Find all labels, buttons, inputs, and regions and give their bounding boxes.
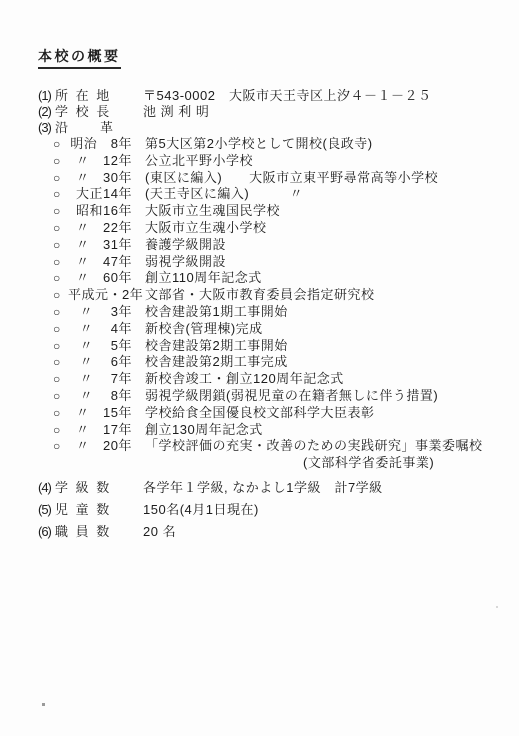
stats-section: (4)学 級 数各学年１学級, なかよし1学級 計7学級 (5)児 童 数150… [38, 477, 509, 543]
class-count-value: 各学年１学級, なかよし1学級 計7学級 [143, 480, 383, 495]
history-year: 〃 3年 [68, 304, 132, 320]
circle-bullet-icon: ○ [53, 439, 68, 455]
history-text: 校舎建設第2期工事開始 [145, 338, 288, 353]
history-year: 〃 20年 [68, 438, 132, 454]
circle-bullet-icon: ○ [53, 322, 68, 338]
history-row: ○昭和16年大阪市立生魂国民学校 [38, 203, 509, 220]
history-text: 学校給食全国優良校文部科学大臣表彰 [145, 405, 375, 420]
history-year: 〃 31年 [68, 237, 132, 253]
history-year: 〃 47年 [68, 254, 132, 270]
history-row: ○〃 22年大阪市立生魂小学校 [38, 220, 509, 237]
history-year: 大正14年 [68, 186, 132, 202]
item-label: 児 童 数 [55, 499, 143, 521]
history-text: (東区に編入) 大阪市立東平野尋常高等小学校 [145, 170, 438, 185]
circle-bullet-icon: ○ [53, 305, 68, 321]
history-row: ○〃 15年学校給食全国優良校文部科学大臣表彰 [38, 405, 509, 422]
history-year: 〃 5年 [68, 338, 132, 354]
document-content: 本校の概要 (1)所 在 地〒543-0002 大阪市天王寺区上汐４－１－２５ … [38, 46, 509, 543]
history-year: 〃 7年 [68, 371, 132, 387]
history-row: ○〃 17年創立130周年記念式 [38, 422, 509, 439]
history-text: 新校舎(管理棟)完成 [145, 321, 263, 336]
item-label: 沿 革 [55, 120, 143, 136]
history-text: 創立130周年記念式 [145, 422, 263, 437]
history-year: 昭和16年 [68, 203, 132, 219]
history-year: 〃 12年 [68, 153, 132, 169]
circle-bullet-icon: ○ [53, 423, 68, 439]
circle-bullet-icon: ○ [53, 187, 68, 203]
history-row: ○〃 31年養護学級開設 [38, 237, 509, 254]
circle-bullet-icon: ○ [53, 171, 68, 187]
circle-bullet-icon: ○ [53, 339, 68, 355]
history-text: 「学校評価の充実・改善のための実践研究」事業委嘱校 [145, 438, 483, 453]
history-year: 〃 60年 [68, 270, 132, 286]
student-count-value: 150名(4月1日現在) [143, 502, 259, 517]
item-number: (1) [38, 88, 55, 104]
circle-bullet-icon: ○ [53, 221, 68, 237]
history-text: 公立北平野小学校 [145, 153, 253, 168]
item-number: (3) [38, 120, 55, 136]
document-page: 本校の概要 (1)所 在 地〒543-0002 大阪市天王寺区上汐４－１－２５ … [0, 0, 519, 736]
history-text: 校舎建設第1期工事開始 [145, 304, 288, 319]
scan-artifact-dot [496, 606, 498, 608]
history-text: 創立110周年記念式 [145, 270, 262, 285]
circle-bullet-icon: ○ [53, 154, 68, 170]
history-row: ○〃 12年公立北平野小学校 [38, 153, 509, 170]
history-text: 弱視学級閉鎖(弱視児童の在籍者無しに伴う措置) [145, 388, 438, 403]
circle-bullet-icon: ○ [53, 288, 68, 304]
history-text: 養護学級開設 [145, 237, 226, 252]
history-row: ○〃 3年校舎建設第1期工事開始 [38, 304, 509, 321]
history-row: ○大正14年(天王寺区に編入) 〃 [38, 186, 509, 203]
history-year: 〃 6年 [68, 354, 132, 370]
circle-bullet-icon: ○ [53, 204, 68, 220]
history-section: ○明治 8年第5大区第2小学校として開校(良政寺) ○〃 12年公立北平野小学校… [38, 136, 509, 455]
circle-bullet-icon: ○ [53, 389, 68, 405]
history-row: ○〃 4年新校舎(管理棟)完成 [38, 321, 509, 338]
info-row-address: (1)所 在 地〒543-0002 大阪市天王寺区上汐４－１－２５ [38, 88, 509, 104]
history-row: ○〃 20年「学校評価の充実・改善のための実践研究」事業委嘱校 [38, 438, 509, 455]
item-number: (4) [38, 477, 55, 499]
history-text: 第5大区第2小学校として開校(良政寺) [145, 136, 373, 151]
history-year: 〃 8年 [68, 388, 132, 404]
history-text: 弱視学級開設 [145, 254, 226, 269]
circle-bullet-icon: ○ [53, 238, 68, 254]
info-row-history-heading: (3)沿 革 [38, 120, 509, 136]
item-number: (6) [38, 521, 55, 543]
address-value: 〒543-0002 大阪市天王寺区上汐４－１－２５ [143, 88, 431, 103]
history-year: 〃 4年 [68, 321, 132, 337]
item-label: 所 在 地 [55, 88, 143, 104]
history-row: ○明治 8年第5大区第2小学校として開校(良政寺) [38, 136, 509, 153]
history-row: ○〃 60年創立110周年記念式 [38, 270, 509, 287]
stat-row-classes: (4)学 級 数各学年１学級, なかよし1学級 計7学級 [38, 477, 509, 499]
scan-artifact-dot [42, 703, 45, 706]
circle-bullet-icon: ○ [53, 271, 68, 287]
staff-count-value: 20 名 [143, 524, 176, 539]
history-continuation-text: (文部科学省委託事業) [303, 455, 434, 470]
history-year: 平成元・2年 [68, 287, 132, 303]
history-row: ○〃 8年弱視学級閉鎖(弱視児童の在籍者無しに伴う措置) [38, 388, 509, 405]
item-number: (5) [38, 499, 55, 521]
history-row: ○〃 5年校舎建設第2期工事開始 [38, 338, 509, 355]
page-title: 本校の概要 [38, 46, 121, 69]
item-number: (2) [38, 104, 55, 120]
history-row: ○平成元・2年文部省・大阪市教育委員会指定研究校 [38, 287, 509, 304]
history-row: ○〃 6年校舎建設第2期工事完成 [38, 354, 509, 371]
item-label: 学 校 長 [55, 104, 143, 120]
history-text: 大阪市立生魂小学校 [145, 220, 267, 235]
circle-bullet-icon: ○ [53, 355, 68, 371]
history-year: 〃 30年 [68, 170, 132, 186]
info-row-principal: (2)学 校 長池 渕 利 明 [38, 104, 509, 120]
history-year: 〃 22年 [68, 220, 132, 236]
history-text: 大阪市立生魂国民学校 [145, 203, 280, 218]
circle-bullet-icon: ○ [53, 372, 68, 388]
circle-bullet-icon: ○ [53, 137, 68, 153]
history-continuation-row: (文部科学省委託事業) [38, 455, 509, 471]
item-label: 学 級 数 [55, 477, 143, 499]
stat-row-staff: (6)職 員 数20 名 [38, 521, 509, 543]
history-row: ○〃 47年弱視学級開設 [38, 254, 509, 271]
principal-name-value: 池 渕 利 明 [143, 104, 209, 119]
stat-row-students: (5)児 童 数150名(4月1日現在) [38, 499, 509, 521]
history-text: (天王寺区に編入) 〃 [145, 186, 303, 201]
history-text: 校舎建設第2期工事完成 [145, 354, 288, 369]
history-text: 新校舎竣工・創立120周年記念式 [145, 371, 344, 386]
circle-bullet-icon: ○ [53, 406, 68, 422]
history-year: 明治 8年 [68, 136, 132, 152]
info-section: (1)所 在 地〒543-0002 大阪市天王寺区上汐４－１－２５ (2)学 校… [38, 88, 509, 136]
history-year: 〃 17年 [68, 422, 132, 438]
history-year: 〃 15年 [68, 405, 132, 421]
history-text: 文部省・大阪市教育委員会指定研究校 [145, 287, 375, 302]
item-label: 職 員 数 [55, 521, 143, 543]
history-row: ○〃 7年新校舎竣工・創立120周年記念式 [38, 371, 509, 388]
circle-bullet-icon: ○ [53, 255, 68, 271]
history-row: ○〃 30年(東区に編入) 大阪市立東平野尋常高等小学校 [38, 170, 509, 187]
